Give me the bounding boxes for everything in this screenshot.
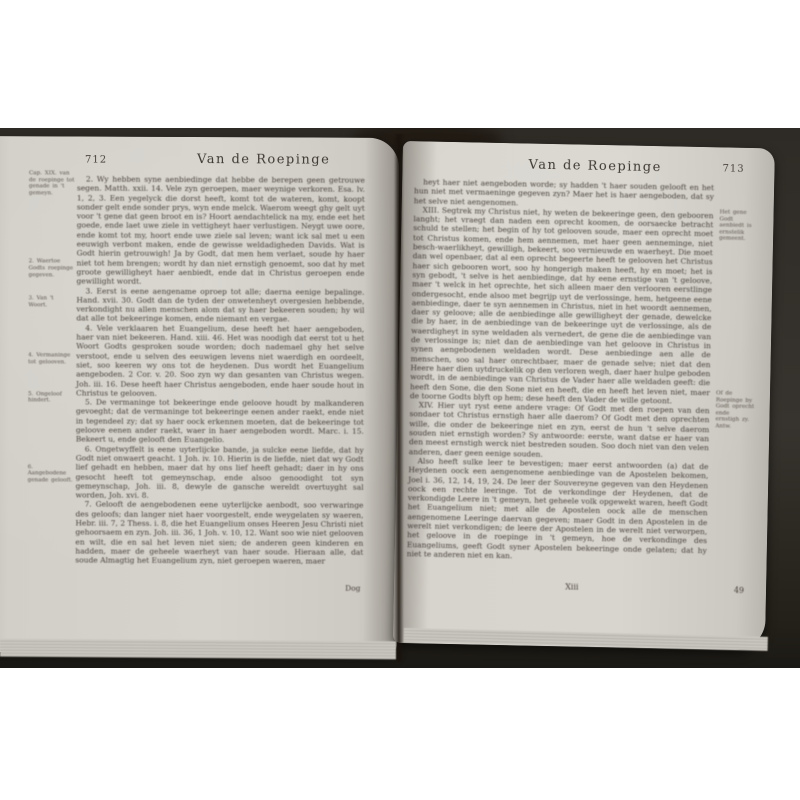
margin-note: 2. Waertoe Godts roepinge gegeven. [29,259,75,279]
right-page: Van de Roepinge 713 heyt haer niet aenge… [393,141,775,650]
left-margin-notes: Cap. XIX. van de roepinge tot genade in … [28,170,75,484]
paragraph: 3. Eerst is eene aengename oproep tot al… [76,286,364,324]
corner-mark: 49 [734,586,744,595]
paragraph: XIII. Segtrek my Christus niet, hy weten… [410,205,714,406]
right-margin-notes: Het gene Godt aenbiedt is ernstelik geme… [715,209,759,430]
paragraph: XIV. Hier uyt ryst eene andere vrage: Of… [409,400,710,462]
right-running-header: Van de Roepinge [528,158,662,176]
left-page-number: 712 [85,155,107,166]
paragraph: 7. Gelooft de aengebodenen eene uyterlij… [75,500,363,566]
paragraph: Also heeft sulke leer te bevestigen; mae… [407,456,709,564]
paragraph: 4. Vele verklaaren het Euangelium, dese … [76,323,364,399]
left-running-header: Van de Roepinge [197,152,330,168]
left-page: 712 Van de Roepinge Cap. XIX. van de roe… [0,136,399,654]
right-page-number: 713 [722,163,744,174]
paragraph: 5. De vermaninge tot bekeeringe ende gel… [76,398,364,446]
photo-canvas: 712 Van de Roepinge Cap. XIX. van de roe… [0,0,800,800]
margin-note: 3. Van 't Woort. [28,295,74,308]
margin-note: 6. Aangebodene genade gelooft. [28,464,74,484]
margin-note: Cap. XIX. van de roepinge tot genade in … [29,170,75,197]
left-catchword: Dog [345,584,360,593]
left-body-text: 2. Wy hebben syne aenbiedinge dat hebbe … [75,175,365,567]
signature-mark: Xiii [565,582,579,591]
margin-note: Het gene Godt aenbiedt is ernstelik geme… [719,209,760,243]
paragraph: 6. Ongetwyffelt is eene uyterlijcke band… [76,444,364,501]
paragraph: 2. Wy hebben syne aenbiedinge dat hebbe … [76,175,364,288]
right-body-text: heyt haer niet aengeboden worde; sy hadd… [407,177,715,564]
margin-note: Of de Roepinge by Godt oprecht ende erns… [715,390,756,430]
left-page-edges [0,639,396,660]
margin-note: 4. Vermaninge tot gelooven. [28,353,74,366]
signature-row: Xiii 49 [394,579,766,586]
margin-note: 5. Ongeloof hindert. [28,391,74,404]
photo-backdrop: 712 Van de Roepinge Cap. XIX. van de roe… [0,128,800,668]
gutter-shadow [394,134,404,662]
